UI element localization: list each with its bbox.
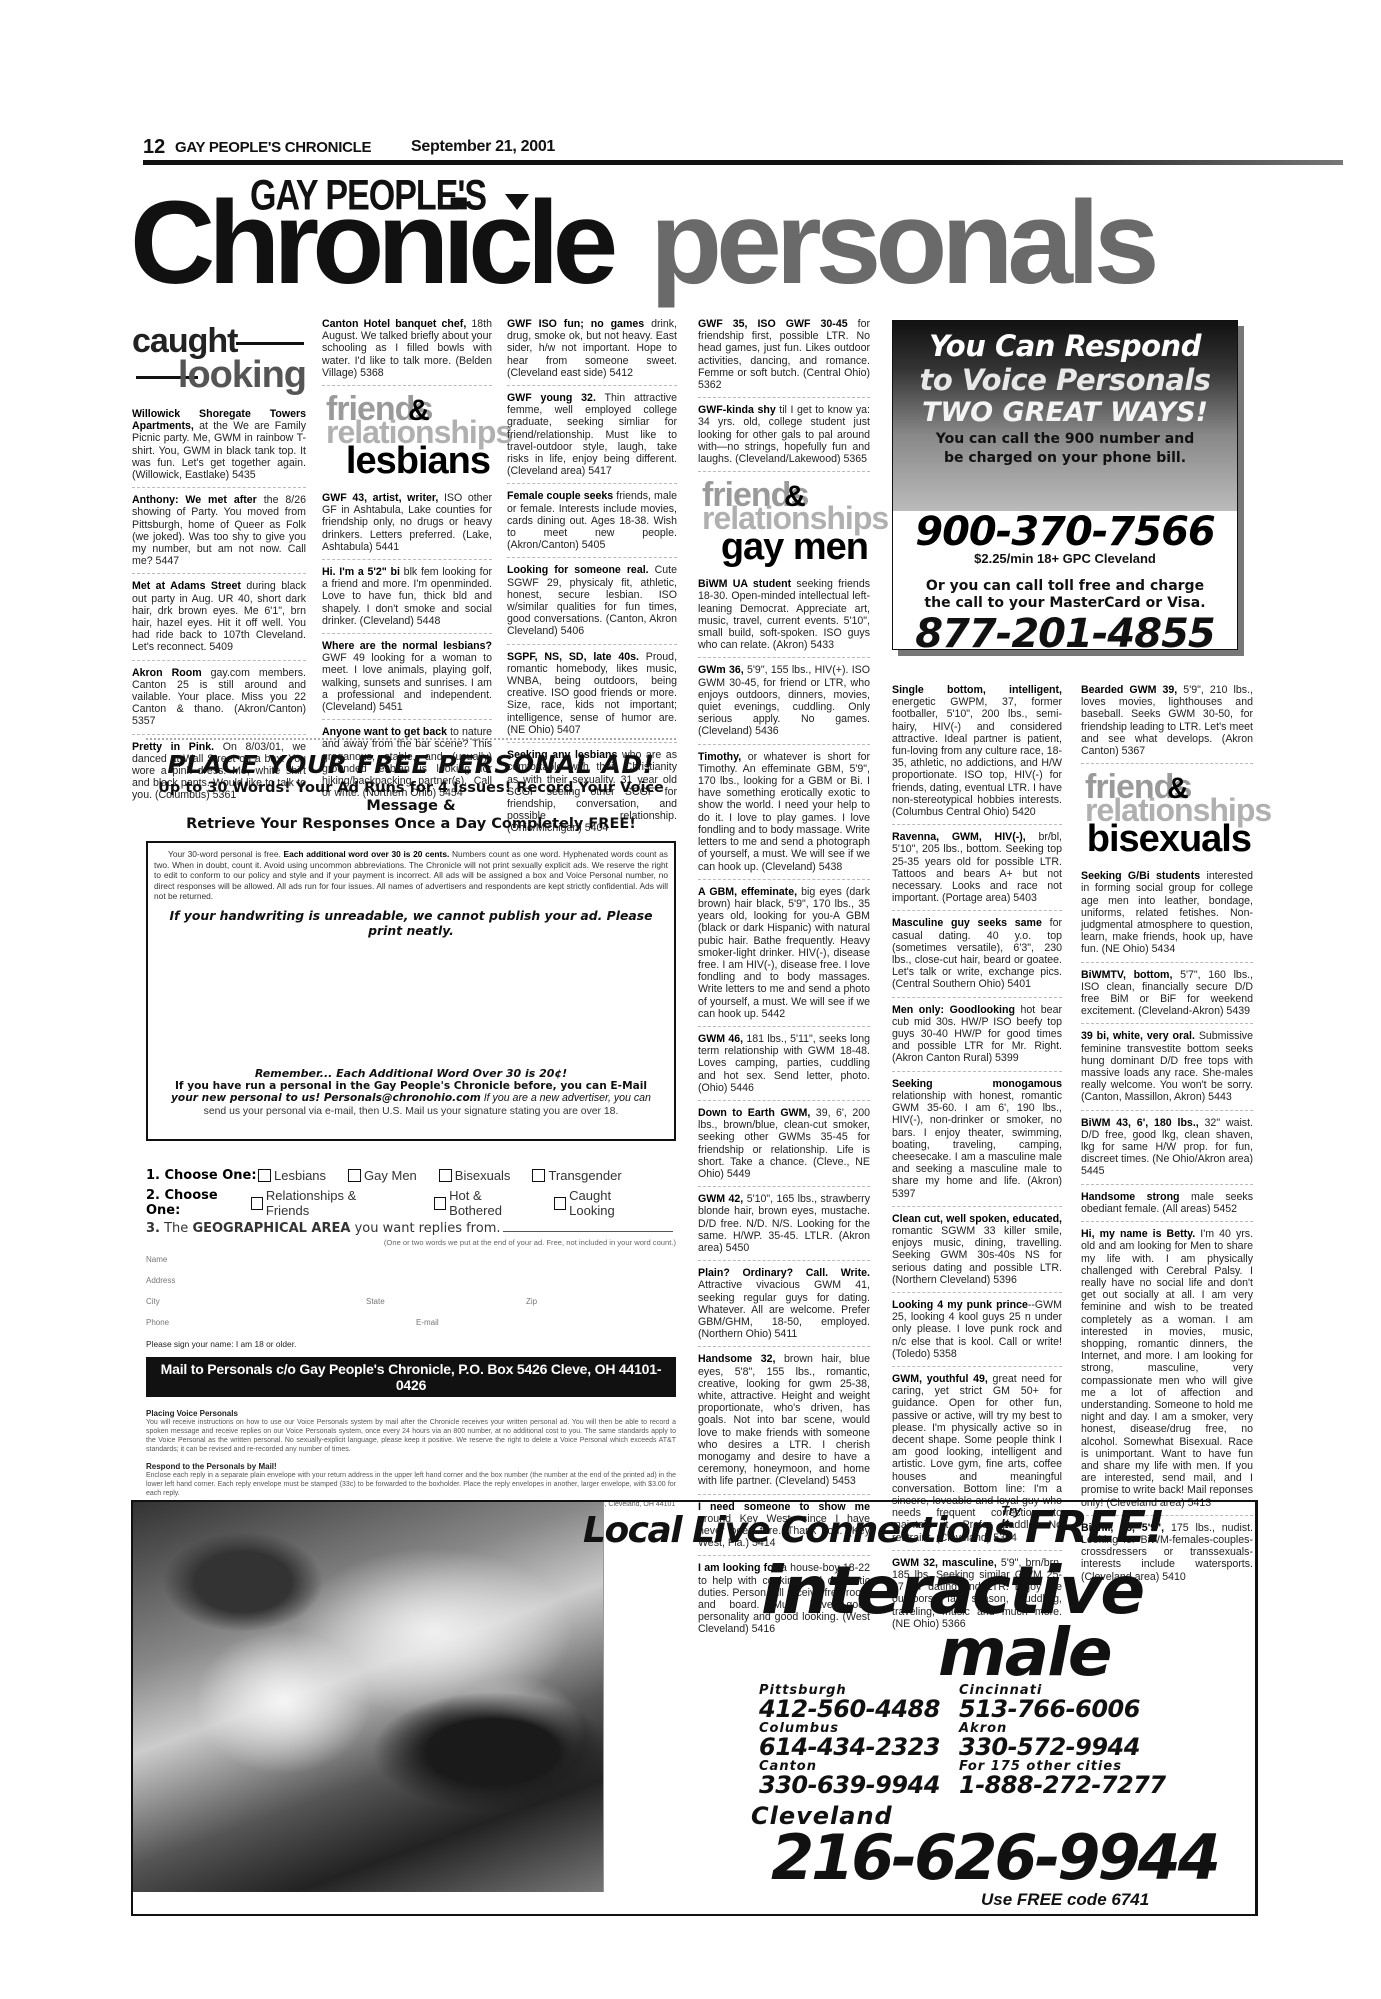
header-rule xyxy=(143,160,1343,165)
personal-ad: Men only: Goodlooking hot bear cub mid 3… xyxy=(892,1004,1062,1072)
personal-ad: BiWM UA student seeking friends 18-30. O… xyxy=(698,578,870,658)
personal-ad: Handsome 32, brown hair, blue eyes, 5'8"… xyxy=(698,1353,870,1494)
personal-ad: BiWMTV, bottom, 5'7", 160 lbs., ISO clea… xyxy=(1081,969,1253,1025)
personal-ad: GWM 46, 181 lbs., 5'11", seeks long term… xyxy=(698,1033,870,1101)
checkbox-gay-men[interactable]: Gay Men xyxy=(348,1168,417,1183)
personal-ad: Masculine guy seeks same for casual dati… xyxy=(892,917,1062,997)
interactive-male-ad: Local Live Connections Try It FREE! inte… xyxy=(131,1500,1258,1916)
personal-ad: 39 bi, white, very oral. Submissive femi… xyxy=(1081,1030,1253,1110)
column-gay-men-2: Single bottom, intelligent, energetic GW… xyxy=(892,684,1062,1642)
free-label: FREE! xyxy=(1025,1502,1164,1553)
column-gay-men-1: GWF 35, ISO GWF 30-45 for friendship fir… xyxy=(698,318,870,1648)
checkbox-transgender[interactable]: Transgender xyxy=(532,1168,621,1183)
issue-date: September 21, 2001 xyxy=(411,138,555,156)
column-bisexuals: Bearded GWM 39, 5'9", 210 lbs., loves mo… xyxy=(1081,684,1253,1595)
heading-category: gay men xyxy=(721,528,868,566)
contact-fields: Name Address CityStateZip PhoneE-mail Pl… xyxy=(146,1255,676,1349)
section-heading-lesbians: friends & relationships lesbians xyxy=(322,392,492,484)
city-entry: For 175 other cities1-888-272-7277 xyxy=(959,1760,1166,1797)
personal-ad: Handsome strong male seeks obediant fema… xyxy=(1081,1191,1253,1222)
city-entry: Akron330-572-9944 xyxy=(959,1722,1140,1759)
ad-photo xyxy=(133,1502,604,1892)
toll-free-text1: Or you can call toll free and charge xyxy=(893,578,1237,595)
checkbox-caught-looking[interactable]: Caught Looking xyxy=(554,1188,654,1218)
personal-ad: Canton Hotel banquet chef, 18th August. … xyxy=(322,318,492,386)
personal-ad: Timothy, or whatever is short for Timoth… xyxy=(698,751,870,880)
personal-ad: GWm 36, 5'9", 155 lbs., HIV(+). ISO GWM … xyxy=(698,664,870,744)
name-field[interactable]: Name xyxy=(146,1255,676,1276)
category-choices: 1. Choose One: Lesbians Gay Men Bisexual… xyxy=(146,1161,676,1247)
city-phone[interactable]: 614-434-2323 xyxy=(759,1735,940,1759)
form-subtitle: Up to 30 Words! Your Ad Runs for 4 Issue… xyxy=(146,779,676,815)
personal-ad: Hi, my name is Betty. I'm 40 yrs. old an… xyxy=(1081,1228,1253,1516)
form-subtitle: Retrieve Your Responses Once a Day Compl… xyxy=(146,815,676,833)
city-phone[interactable]: 513-766-6006 xyxy=(959,1697,1140,1721)
handwriting-warning: If your handwriting is unreadable, we ca… xyxy=(154,908,668,938)
city-entry: Cincinnati513-766-6006 xyxy=(959,1684,1140,1721)
personal-ad: Bearded GWM 39, 5'9", 210 lbs., loves mo… xyxy=(1081,684,1253,764)
voice-ad-sub2: be charged on your phone bill. xyxy=(893,450,1237,467)
section-heading-bisexuals: friends & relationships bisexuals xyxy=(1081,770,1253,862)
city-phone[interactable]: 330-572-9944 xyxy=(959,1735,1140,1759)
heading-rule xyxy=(236,342,304,345)
personal-ad: Met at Adams Street during black out par… xyxy=(132,580,306,660)
personal-ad: Ravenna, GWM, HIV(-), br/bl, 5'10", 205 … xyxy=(892,831,1062,911)
address-field[interactable]: Address xyxy=(146,1276,676,1297)
voice-personals-ad: You Can Respond to Voice Personals TWO G… xyxy=(892,320,1238,650)
personal-ad: GWF 43, artist, writer, ISO other GF in … xyxy=(322,492,492,560)
city-entry: Columbus614-434-2323 xyxy=(759,1722,940,1759)
personal-ad: Looking for someone real. Cute SGWF 29, … xyxy=(507,564,677,644)
voice-ad-line2: to Voice Personals xyxy=(893,363,1237,397)
personal-ad: Hi. I'm a 5'2" bi blk fem looking for a … xyxy=(322,566,492,634)
main-phone[interactable]: 216-626-9944 xyxy=(771,1830,1218,1886)
personal-ad: Looking 4 my punk prince--GWM 25, lookin… xyxy=(892,1299,1062,1367)
personal-ad: Female couple seeks friends, male or fem… xyxy=(507,490,677,558)
voice-ad-sub1: You can call the 900 number and xyxy=(893,431,1237,448)
choose-category: 2. Choose One: Relationships & Friends H… xyxy=(146,1189,676,1217)
toll-free-text2: the call to your MasterCard or Visa. xyxy=(893,595,1237,612)
checkbox-relationships-friends[interactable]: Relationships & Friends xyxy=(251,1188,394,1218)
personal-ad: Akron Room gay.com members. Canton 25 is… xyxy=(132,667,306,735)
masthead-personals: personals xyxy=(650,184,1153,302)
ad-text-box[interactable]: Your 30-word personal is free. Each addi… xyxy=(146,841,676,1141)
personal-ad: Single bottom, intelligent, energetic GW… xyxy=(892,684,1062,825)
running-head: 12 GAY PEOPLE'S CHRONICLE September 21, … xyxy=(143,128,1343,160)
geo-input-line[interactable] xyxy=(503,1219,673,1232)
personal-ad: SGPF, NS, SD, late 40s. Proud, romantic … xyxy=(507,651,677,743)
mail-heading: Respond to the Personals by Mail! xyxy=(146,1462,676,1471)
brand-male: male xyxy=(938,1620,1111,1686)
page-number: 12 xyxy=(143,136,165,159)
heading-category: bisexuals xyxy=(1087,820,1251,858)
signature-field[interactable]: Please sign your name: I am 18 or older. xyxy=(146,1339,676,1349)
choose-label: 1. Choose One: xyxy=(146,1168,258,1183)
phone-email-row[interactable]: PhoneE-mail xyxy=(146,1318,676,1339)
voice-text: You will receive instructions on how to … xyxy=(146,1418,676,1454)
place-ad-form: PLACE YOUR FREE PERSONAL AD! Up to 30 Wo… xyxy=(146,738,676,1517)
masthead: Chronicle personals GAY PEOPLE'S xyxy=(130,172,1350,292)
section-heading-gay-men: friends & relationships gay men xyxy=(698,478,870,570)
email-address[interactable]: your new personal to us! Personals@chron… xyxy=(171,1092,481,1104)
email-line: If you are a new advertiser, you can xyxy=(481,1092,651,1104)
voice-ad-line3: TWO GREAT WAYS! xyxy=(893,397,1237,429)
mailing-address-bar: Mail to Personals c/o Gay People's Chron… xyxy=(146,1357,676,1397)
personal-ad: GWM 42, 5'10", 165 lbs., strawberry blon… xyxy=(698,1193,870,1261)
personal-ad: Seeking G/Bi students interested in form… xyxy=(1081,870,1253,962)
city-state-zip-row[interactable]: CityStateZip xyxy=(146,1297,676,1318)
fine-print: Placing Voice Personals You will receive… xyxy=(146,1409,676,1509)
voice-ad-header: You Can Respond to Voice Personals TWO G… xyxy=(893,321,1237,511)
email-instructions: Remember... Each Additional Word Over 30… xyxy=(148,1067,674,1118)
personal-ad: GWF young 32. Thin attractive femme, wel… xyxy=(507,392,677,484)
voice-heading: Placing Voice Personals xyxy=(146,1409,676,1418)
voice-ad-line1: You Can Respond xyxy=(893,329,1237,363)
choose-label: 2. Choose One: xyxy=(146,1188,251,1218)
city-entry: Pittsburgh412-560-4488 xyxy=(759,1684,940,1721)
geo-area-field[interactable]: 3. The GEOGRAPHICAL AREA you want replie… xyxy=(146,1219,676,1236)
personal-ad: Plain? Ordinary? Call. Write. Attractive… xyxy=(698,1267,870,1347)
city-phone[interactable]: 1-888-272-7277 xyxy=(959,1773,1166,1797)
form-title: PLACE YOUR FREE PERSONAL AD! xyxy=(146,750,676,779)
personal-ad: Willowick Shoregate Towers Apartments, a… xyxy=(132,408,306,488)
choose-orientation: 1. Choose One: Lesbians Gay Men Bisexual… xyxy=(146,1161,676,1189)
personal-ad: BiWM 43, 6', 180 lbs., 32" waist. D/D fr… xyxy=(1081,1117,1253,1185)
heading-looking: looking xyxy=(178,354,306,397)
checkbox-bisexuals[interactable]: Bisexuals xyxy=(439,1168,511,1183)
personal-ad: GWF 35, ISO GWF 30-45 for friendship fir… xyxy=(698,318,870,398)
ad-headline: Local Live Connections xyxy=(583,1510,1013,1551)
personal-ad: A GBM, effeminate, big eyes (dark brown)… xyxy=(698,886,870,1027)
mail-text: Enclose each reply in a separate plain e… xyxy=(146,1471,676,1498)
phone-900[interactable]: 900-370-7566 xyxy=(893,509,1237,555)
section-heading-caught-looking: caught looking xyxy=(132,322,306,398)
phone-877[interactable]: 877-201-4855 xyxy=(893,612,1237,656)
city-entry: Canton330-639-9944 xyxy=(759,1760,940,1797)
triangle-icon xyxy=(505,194,529,210)
personal-ad: GWF ISO fun; no games drink, drug, smoke… xyxy=(507,318,677,386)
personal-ad: Seeking monogamous relationship with hon… xyxy=(892,1078,1062,1207)
cleveland-entry: Cleveland 216-626-9944 Use FREE code 674… xyxy=(751,1802,1218,1886)
dotted-divider xyxy=(146,738,676,746)
personal-ad: Anthony: We met after the 8/26 showing o… xyxy=(132,494,306,574)
email-line: If you have run a personal in the Gay Pe… xyxy=(148,1080,674,1092)
try-it-label: Try It xyxy=(1001,1504,1023,1530)
free-code: Use FREE code 6741 xyxy=(981,1890,1149,1910)
masthead-kicker: GAY PEOPLE'S xyxy=(250,172,486,221)
personal-ad: GWF-kinda shy til I get to know ya: 34 y… xyxy=(698,404,870,472)
publication-name: GAY PEOPLE'S CHRONICLE xyxy=(175,139,371,156)
personal-ad: Down to Earth GWM, 39, 6', 200 lbs., bro… xyxy=(698,1107,870,1187)
personal-ad: Where are the normal lesbians? GWF 49 lo… xyxy=(322,640,492,720)
checkbox-lesbians[interactable]: Lesbians xyxy=(258,1168,326,1183)
city-phone[interactable]: 330-639-9944 xyxy=(759,1773,940,1797)
remember-note: Remember... Each Additional Word Over 30… xyxy=(148,1067,674,1080)
form-rules: Your 30-word personal is free. Each addi… xyxy=(154,849,668,902)
city-phone[interactable]: 412-560-4488 xyxy=(759,1697,940,1721)
geo-note: (One or two words we put at the end of y… xyxy=(146,1238,676,1247)
personal-ad: Clean cut, well spoken, educated, romant… xyxy=(892,1213,1062,1293)
checkbox-hot-bothered[interactable]: Hot & Bothered xyxy=(434,1188,532,1218)
email-line: send us your personal via e-mail, then U… xyxy=(148,1105,674,1118)
heading-category: lesbians xyxy=(346,442,490,480)
